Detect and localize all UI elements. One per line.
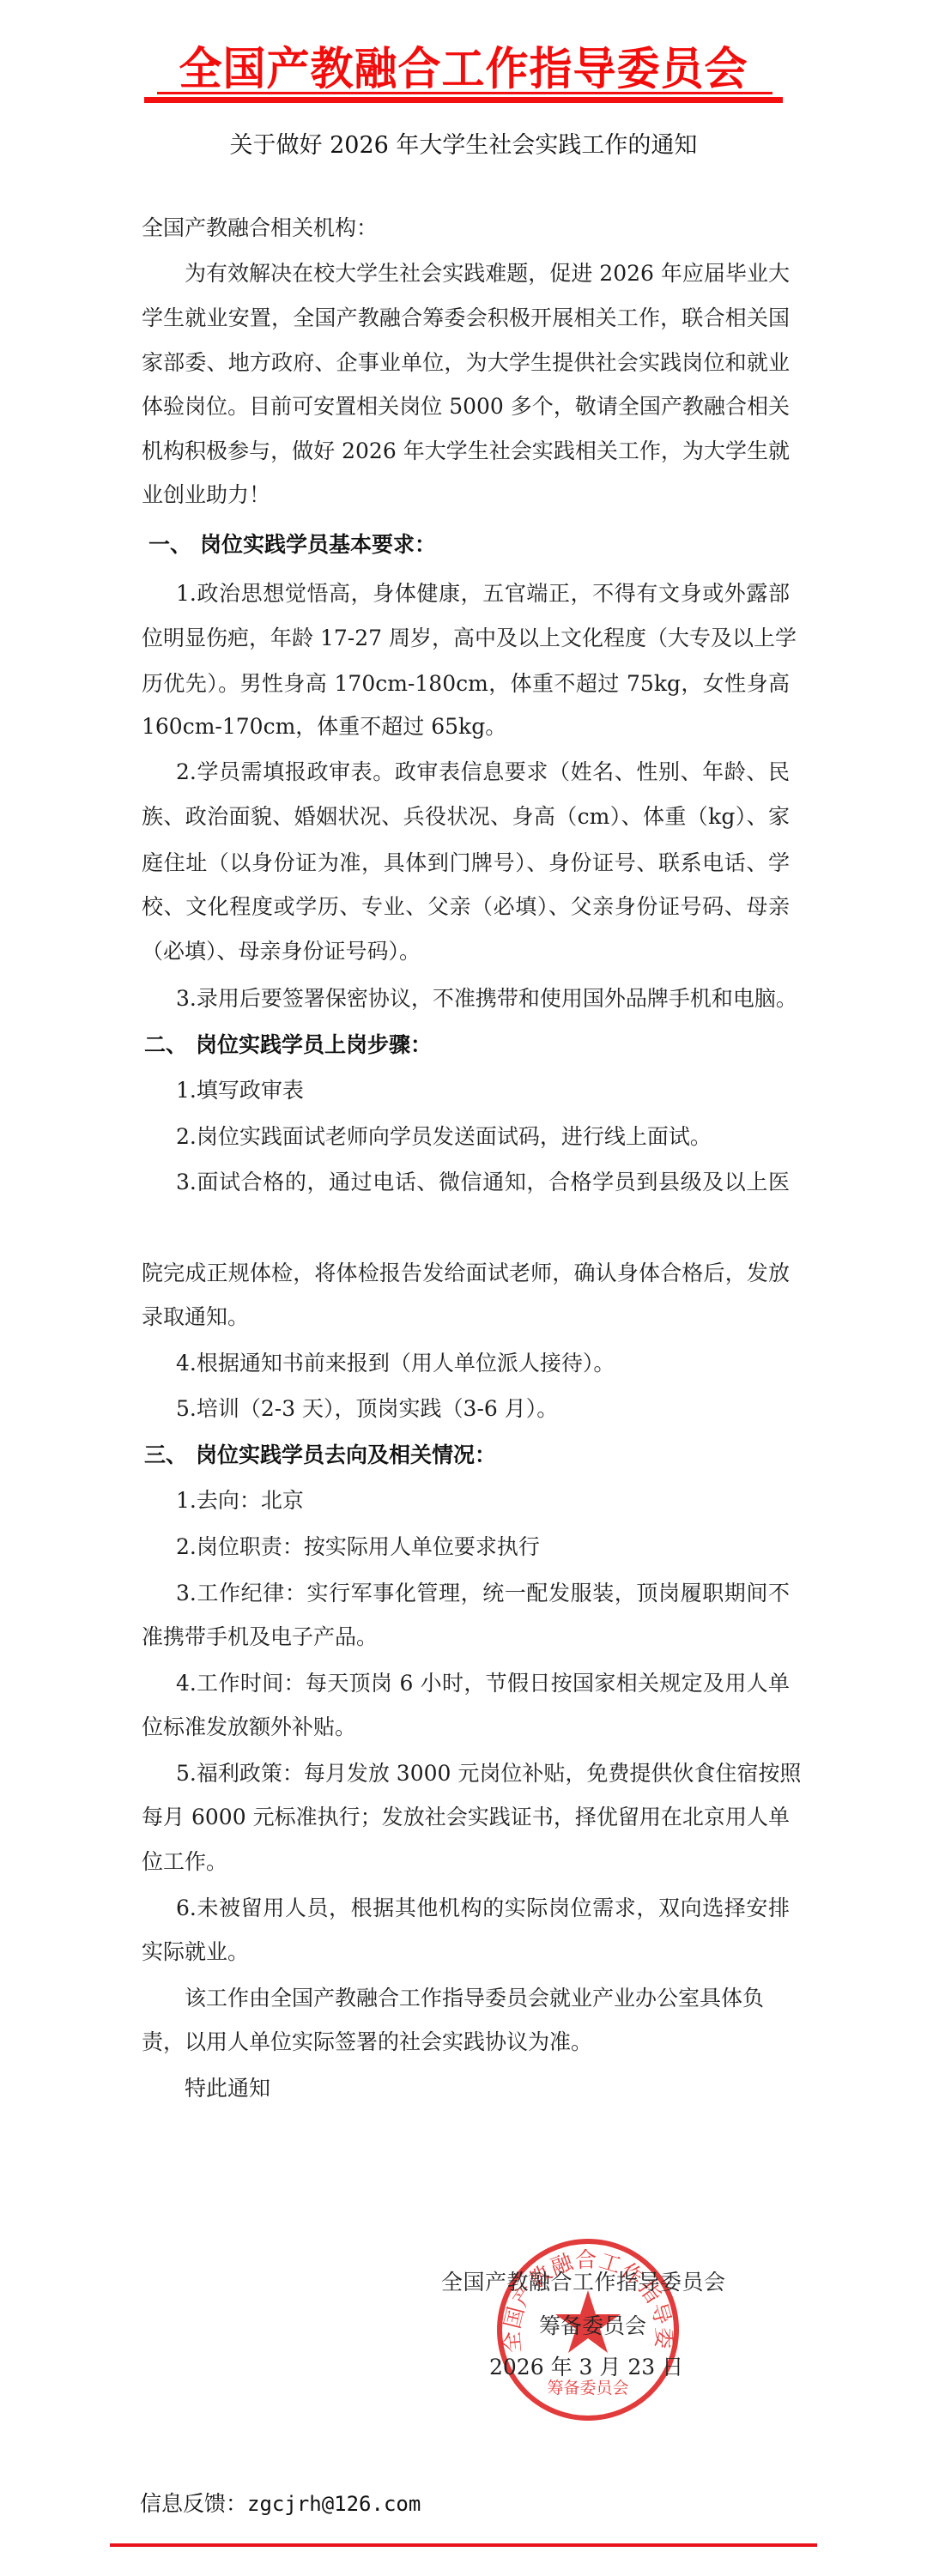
item-line: 每月 6000 元标准执行；发放社会实践证书，择优留用在北京用人单 [142,1802,790,1833]
section-number: 一、 [142,529,200,560]
item-line: 5.培训（2-3 天），顶岗实践（3-6 月）。 [142,1394,790,1424]
item-line: 2.岗位实践面试老师向学员发送面试码，进行线上面试。 [142,1122,790,1152]
feedback-email-link[interactable]: zgcjrh@126.com [247,2492,421,2516]
org-letterhead-title: 全国产教融合工作指导委员会 [0,42,927,96]
intro-line: 业创业助力！ [142,480,790,511]
item-line: 位明显伤疤，年龄 17-27 周岁，高中及以上文化程度（大专及以上学 [142,623,790,654]
letterhead-rule-thick [144,97,783,103]
sign-off: 特此通知 [142,2073,790,2104]
section-heading-3: 三、岗位实践学员去向及相关情况： [137,1440,496,1471]
section-title: 岗位实践学员去向及相关情况： [196,1442,496,1467]
item-line: 1.填写政审表 [142,1075,790,1106]
signature-date: 2026 年 3 月 23 日 [489,2352,683,2383]
item-line: 录取通知。 [142,1302,790,1333]
item-line: （必填）、母亲身份证号码）。 [142,936,790,967]
item-line: 3.工作纪律：实行军事化管理，统一配发服装，顶岗履职期间不 [142,1578,790,1609]
item-line: 2.岗位职责：按实际用人单位要求执行 [142,1532,790,1563]
letterhead-rule-thin [157,92,772,94]
section-heading-1: 一、岗位实践学员基本要求： [142,529,436,560]
item-line: 4.根据通知书前来报到（用人单位派人接待）。 [142,1348,790,1379]
section-heading-2: 二、岗位实践学员上岗步骤： [137,1030,432,1061]
item-line: 族、政治面貌、婚姻状况、兵役状况、身高（cm）、体重（kg）、家 [142,801,790,832]
signature-dept: 筹备委员会 [539,2311,646,2342]
section-number: 二、 [137,1030,196,1061]
feedback-label: 信息反馈： [140,2491,247,2516]
item-line: 3.面试合格的，通过电话、微信通知，合格学员到县级及以上医 [142,1167,790,1198]
section-number: 三、 [137,1440,196,1471]
section-title: 岗位实践学员基本要求： [200,532,436,557]
item-line: 1.政治思想觉悟高，身体健康，五官端正，不得有文身或外露部 [142,578,790,609]
item-line: 2.学员需填报政审表。政审表信息要求（姓名、性别、年龄、民 [142,757,790,788]
closing-line: 责，以用人单位实际签署的社会实践协议为准。 [142,2027,790,2058]
closing-line: 该工作由全国产教融合工作指导委员会就业产业办公室具体负 [142,1983,777,2014]
item-line: 1.去向：北京 [142,1485,790,1516]
item-line: 位工作。 [142,1847,790,1878]
item-line: 实际就业。 [142,1937,790,1968]
intro-line: 学生就业安置，全国产教融合筹委会积极开展相关工作，联合相关国 [142,303,790,334]
item-line: 位标准发放额外补贴。 [142,1712,790,1743]
item-line: 庭住址（以身份证为准，具体到门牌号）、身份证号、联系电话、学 [142,848,790,879]
intro-line: 体验岗位。目前可安置相关岗位 5000 多个，敬请全国产教融合相关 [142,391,790,422]
item-line: 院完成正规体检，将体检报告发给面试老师，确认身体合格后，发放 [142,1258,790,1289]
intro-line: 家部委、地方政府、企事业单位，为大学生提供社会实践岗位和就业 [142,348,790,378]
item-line: 160cm-170cm，体重不超过 65kg。 [142,711,790,742]
item-line: 校、文化程度或学历、专业、父亲（必填）、父亲身份证号码、母亲 [142,892,790,922]
signature-org: 全国产教融合工作指导委员会 [441,2267,726,2298]
salutation: 全国产教融合相关机构： [142,213,790,244]
feedback-contact: 信息反馈：zgcjrh@126.com [140,2488,421,2519]
section-title: 岗位实践学员上岗步骤： [196,1032,432,1057]
intro-line: 机构积极参与，做好 2026 年大学生社会实践相关工作，为大学生就 [142,436,790,467]
item-line: 准携带手机及电子产品。 [142,1622,790,1653]
footer-rule [110,2543,817,2547]
item-line: 历优先）。男性身高 170cm-180cm，体重不超过 75kg，女性身高 [142,668,790,699]
item-line: 6.未被留用人员，根据其他机构的实际岗位需求，双向选择安排 [142,1893,790,1924]
item-line: 3.录用后要签署保密协议，不准携带和使用国外品牌手机和电脑。 [142,983,790,1014]
intro-line: 为有效解决在校大学生社会实践难题，促进 2026 年应届毕业大 [142,258,790,289]
item-line: 5.福利政策：每月发放 3000 元岗位补贴，免费提供伙食住宿按照 [142,1758,790,1789]
notice-title: 关于做好 2026 年大学生社会实践工作的通知 [0,129,927,163]
item-line: 4.工作时间：每天顶岗 6 小时，节假日按国家相关规定及用人单 [142,1668,790,1699]
